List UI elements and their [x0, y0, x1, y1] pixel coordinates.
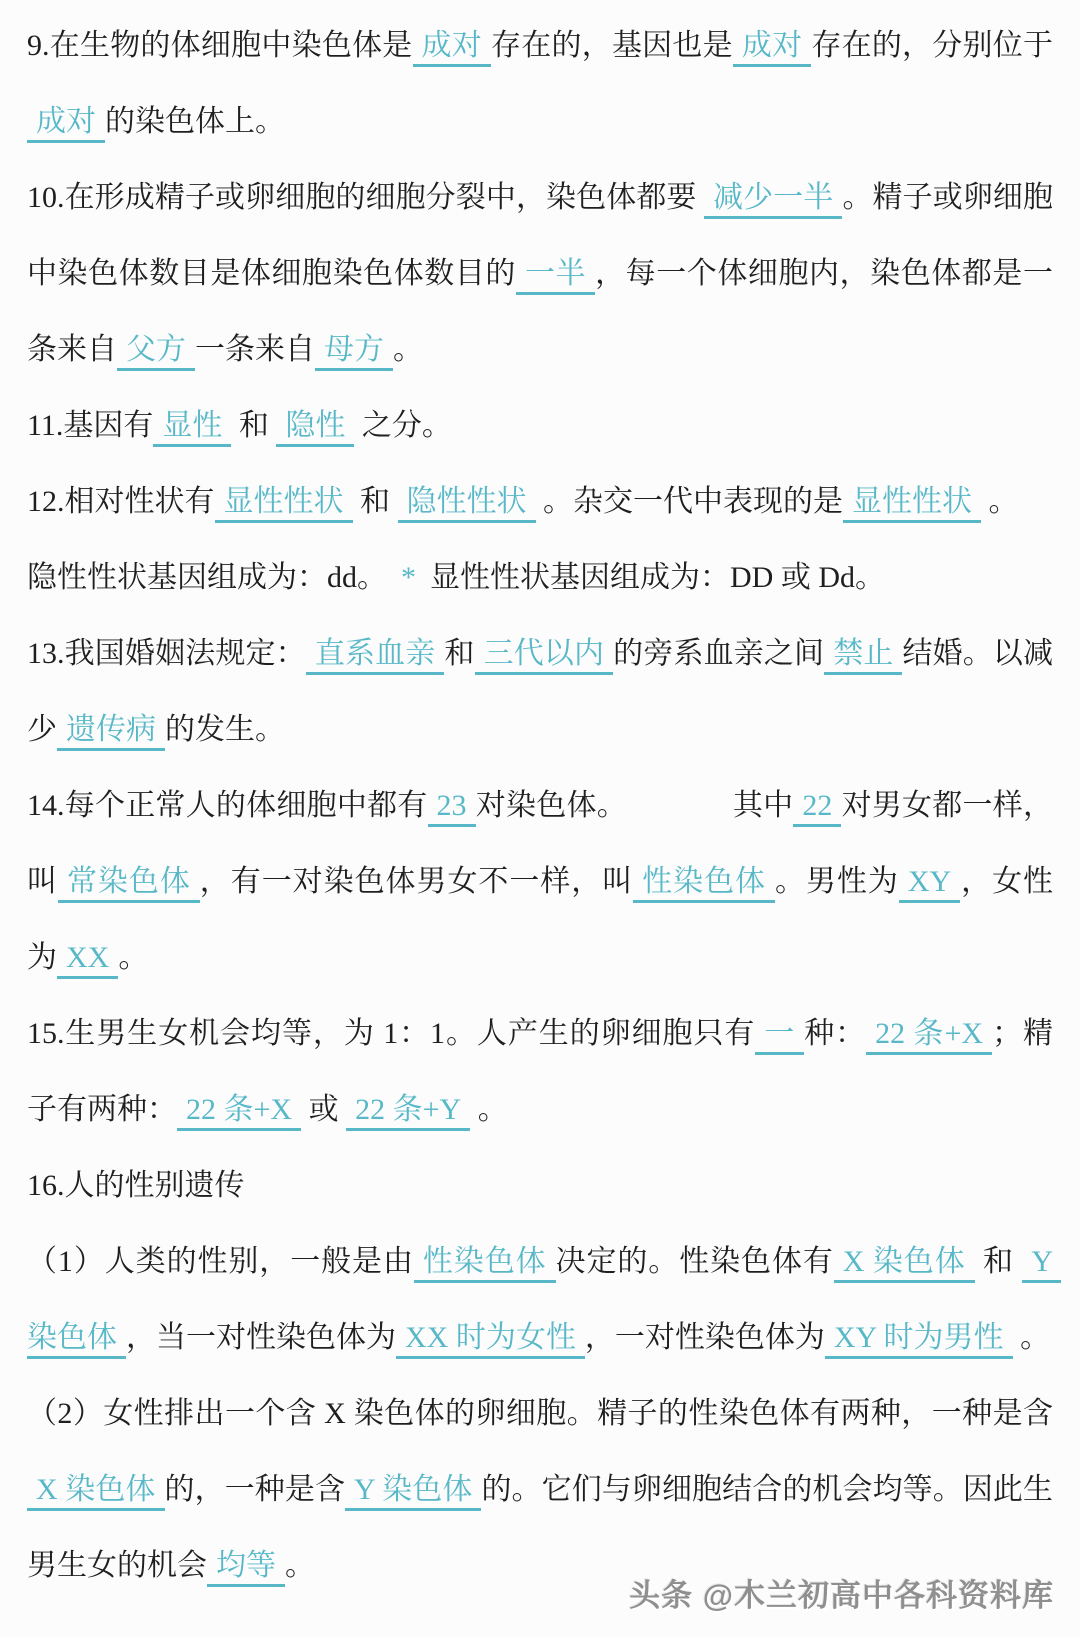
text-segment: 对染色体。 其中 [476, 789, 794, 822]
answer-blank: XY 时为男性 [825, 1321, 1013, 1359]
paragraph-4: 12.相对性状有显性性状 和 隐性性状 。杂交一代中表现的是显性性状 。 [27, 464, 1053, 540]
text-segment: 的旁系血亲之间 [613, 637, 824, 670]
answer-blank: 成对 [27, 105, 105, 143]
answer-blank: 常染色体 [58, 865, 200, 903]
text-segment: 11.基因有 [27, 409, 153, 442]
answer-blank: Y 染色体 [345, 1473, 481, 1511]
answer-blank: 一半 [516, 257, 595, 295]
text-segment: （1）人类的性别，一般是由 [27, 1245, 414, 1278]
answer-blank: 成对 [413, 29, 491, 67]
answer-blank: 23 [428, 789, 476, 827]
paragraph-7: 14.每个正常人的体细胞中都有23对染色体。 其中22对男女都一样，叫常染色体，… [27, 768, 1053, 996]
text-segment: 显性性状基因组成为：DD 或 Dd。 [430, 561, 885, 594]
answer-blank: 三代以内 [475, 637, 614, 675]
paragraph-9: 16.人的性别遗传 [27, 1148, 1053, 1224]
text-segment: 。 [981, 485, 1019, 518]
star-mark: * [401, 561, 416, 594]
answer-blank: 22 条+X [866, 1017, 992, 1055]
text-segment: 或 [301, 1093, 346, 1126]
text-segment: 9.在生物的体细胞中染色体是 [27, 29, 413, 62]
answer-blank: 遗传病 [57, 713, 165, 751]
answer-blank: 隐性性状 [398, 485, 536, 523]
text-segment: 。男性为 [775, 865, 899, 898]
text-segment: 的，一种是含 [165, 1473, 346, 1506]
answer-blank: 性染色体 [633, 865, 775, 903]
text-segment: 一条来自 [195, 333, 315, 366]
text-segment: 16.人的性别遗传 [27, 1169, 245, 1202]
answer-blank: 减少一半 [704, 181, 842, 219]
text-segment: 和 [444, 637, 474, 670]
text-segment: 10.在形成精子或卵细胞的细胞分裂中，染色体都要 [27, 181, 704, 214]
text-segment: 。 [393, 333, 423, 366]
text-segment: 。 [285, 1549, 315, 1582]
text-segment: 的发生。 [165, 713, 285, 746]
text-segment: ，有一对染色体男女不一样，叫 [200, 865, 633, 898]
answer-blank: 隐性 [276, 409, 354, 447]
text-segment: 。杂交一代中表现的是 [536, 485, 844, 518]
answer-blank: X 染色体 [27, 1473, 165, 1511]
answer-blank: 22 [793, 789, 841, 827]
paragraph-5: 隐性性状基因组成为：dd。*显性性状基因组成为：DD 或 Dd。 [27, 540, 1053, 616]
text-segment: 。 [1013, 1321, 1051, 1354]
document-page: 9.在生物的体细胞中染色体是成对存在的，基因也是成对存在的，分别位于成对的染色体… [0, 0, 1080, 1604]
answer-blank: 显性性状 [843, 485, 981, 523]
answer-blank: 母方 [315, 333, 393, 371]
answer-blank: 显性 [153, 409, 231, 447]
paragraph-2: 10.在形成精子或卵细胞的细胞分裂中，染色体都要 减少一半。精子或卵细胞中染色体… [27, 160, 1053, 388]
text-segment: ，当一对性染色体为 [126, 1321, 396, 1354]
text-segment: （2）女性排出一个含 X 染色体的卵细胞。精子的性染色体有两种，一种是含 [27, 1397, 1053, 1430]
text-segment: 。 [118, 941, 148, 974]
text-segment: 种： [804, 1017, 866, 1050]
text-segment: 隐性性状基因组成为：dd。 [27, 561, 387, 594]
answer-blank: 均等 [207, 1549, 285, 1587]
text-segment: 13.我国婚姻法规定： [27, 637, 306, 670]
answer-blank: XX [57, 941, 118, 979]
text-segment: 之分。 [354, 409, 452, 442]
text-segment: 和 [353, 485, 398, 518]
text-segment: 。 [470, 1093, 508, 1126]
answer-blank: 22 条+X [177, 1093, 301, 1131]
paragraph-8: 15.生男生女机会均等，为 1：1。人产生的卵细胞只有一种：22 条+X；精子有… [27, 996, 1053, 1148]
answer-blank: X 染色体 [834, 1245, 975, 1283]
answer-blank: 直系血亲 [306, 637, 445, 675]
text-segment: 存在的，分别位于 [811, 29, 1053, 62]
paragraph-3: 11.基因有显性 和 隐性 之分。 [27, 388, 1053, 464]
text-segment: 存在的，基因也是 [491, 29, 733, 62]
text-segment: 的染色体上。 [105, 105, 285, 138]
text-segment: 和 [231, 409, 276, 442]
text-segment: 和 [975, 1245, 1023, 1278]
paragraph-6: 13.我国婚姻法规定：直系血亲和三代以内的旁系血亲之间禁止结婚。以减少遗传病的发… [27, 616, 1053, 768]
text-segment: 决定的。性染色体有 [556, 1245, 834, 1278]
answer-blank: 父方 [117, 333, 195, 371]
paragraph-1: 9.在生物的体细胞中染色体是成对存在的，基因也是成对存在的，分别位于成对的染色体… [27, 8, 1053, 160]
text-segment: ，一对性染色体为 [585, 1321, 825, 1354]
paragraph-10: （1）人类的性别，一般是由性染色体决定的。性染色体有X 染色体 和 Y 染色体，… [27, 1224, 1053, 1376]
text-segment: 12.相对性状有 [27, 485, 215, 518]
notes-list: 9.在生物的体细胞中染色体是成对存在的，基因也是成对存在的，分别位于成对的染色体… [27, 8, 1053, 1604]
answer-blank: 成对 [733, 29, 811, 67]
answer-blank: XY [899, 865, 960, 903]
answer-blank: XX 时为女性 [396, 1321, 585, 1359]
answer-blank: 禁止 [824, 637, 902, 675]
text-segment: 14.每个正常人的体细胞中都有 [27, 789, 428, 822]
watermark: 头条 @木兰初高中各科资料库 [629, 1570, 1054, 1615]
answer-blank: 显性性状 [215, 485, 353, 523]
answer-blank: 22 条+Y [346, 1093, 470, 1131]
answer-blank: 性染色体 [414, 1245, 556, 1283]
answer-blank: 一 [755, 1017, 804, 1055]
text-segment: 15.生男生女机会均等，为 1：1。人产生的卵细胞只有 [27, 1017, 755, 1050]
